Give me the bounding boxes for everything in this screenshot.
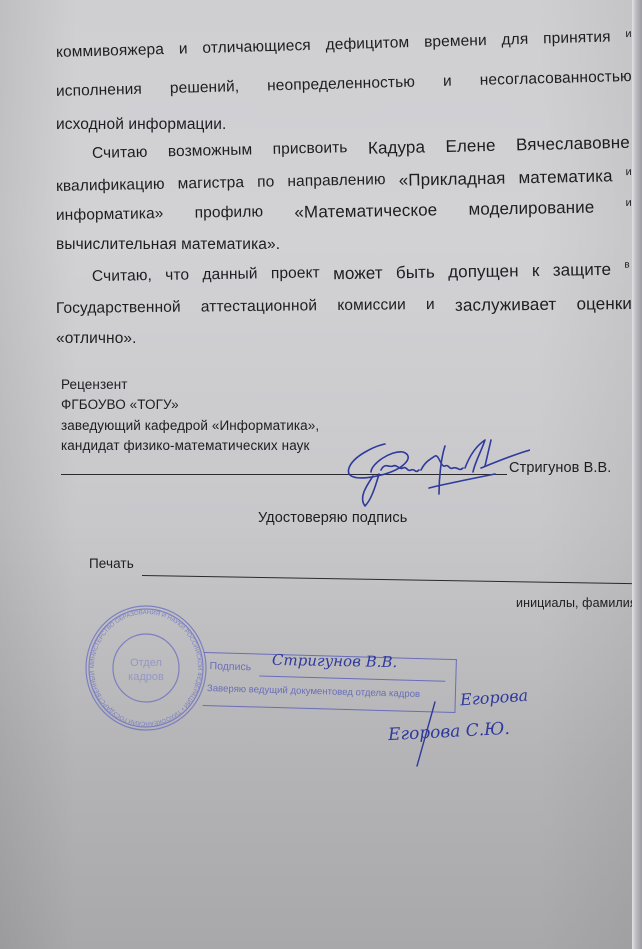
word: и <box>625 28 632 46</box>
initials-caption: инициалы, фамилия <box>516 596 637 610</box>
paragraph-2-line-2: квалификацию магистра по направлению «Пр… <box>56 166 632 198</box>
seal-label: Печать <box>89 556 134 571</box>
word: заслуживает <box>455 295 557 316</box>
word: направлению <box>287 171 386 193</box>
word: отличающиеся <box>202 37 311 58</box>
reviewer-position: заведующий кафедрой «Информатика», <box>61 418 319 433</box>
paragraph-1-line-1: коммивояжера и отличающиеся дефицитом вр… <box>56 28 632 62</box>
word: несогласованностью <box>480 68 632 90</box>
paragraph-3-line-2: Государственной аттестационной комиссии … <box>56 294 632 320</box>
word: и <box>443 73 452 91</box>
paragraph-2-line-1: Считаю возможным присвоить Кадура Елене … <box>92 133 630 165</box>
word: неопределенностью <box>267 74 415 96</box>
word: решений, <box>170 78 240 98</box>
word: коммивояжера <box>56 41 165 62</box>
word: защите <box>553 260 612 281</box>
word: Считаю, <box>92 267 152 288</box>
word: профилю <box>195 203 264 224</box>
word: комиссии <box>337 296 406 317</box>
word: и <box>179 40 188 58</box>
handwritten-certifier-signature: Егорова <box>459 686 528 710</box>
word: быть <box>396 263 435 284</box>
word: может <box>333 263 383 284</box>
paragraph-2-line-4: вычислительная математика». <box>56 236 280 254</box>
round-stamp: МИНИСТЕРСТВО ОБРАЗОВАНИЯ И НАУКИ РОССИЙС… <box>84 604 208 732</box>
word: Считаю <box>92 144 148 165</box>
word: квалификацию <box>56 176 165 198</box>
word: математика <box>518 166 613 188</box>
word: Елене <box>445 136 496 157</box>
word: Вячеславовне <box>516 133 630 156</box>
word: моделирование <box>468 198 594 220</box>
word: оценки <box>576 294 632 315</box>
stamp-center-text-2: кадров <box>128 671 164 683</box>
word: Кадура <box>368 137 426 158</box>
word: информатика» <box>56 205 164 227</box>
certification-title: Удостоверяю подпись <box>258 510 407 526</box>
reviewer-signature <box>345 428 530 513</box>
handwritten-reviewer-name: Стригунов В.В. <box>272 651 398 671</box>
word: принятия <box>543 29 611 49</box>
word: магистра <box>177 174 244 195</box>
word: «Математическое <box>294 200 437 222</box>
word: для <box>501 31 528 50</box>
word: и <box>426 296 435 316</box>
word: дефицитом <box>325 34 409 54</box>
word: возможным <box>168 141 253 163</box>
word: присвоить <box>272 139 347 161</box>
reviewer-organization: ФГБОУВО «ТОГУ» <box>61 397 179 412</box>
word: что <box>165 266 189 286</box>
reviewer-degree: кандидат физико-математических наук <box>61 438 310 453</box>
word: исполнения <box>56 81 142 101</box>
word: в <box>624 260 630 280</box>
reviewer-role: Рецензент <box>61 377 128 392</box>
paragraph-2-line-3: информатика» профилю «Математическое мод… <box>56 197 632 227</box>
certifier-signature-stroke <box>405 700 445 770</box>
paragraph-3-line-3: «отлично». <box>56 330 137 348</box>
page-edge <box>632 0 642 949</box>
word: проект <box>271 264 320 285</box>
word: по <box>257 173 275 193</box>
word: к <box>532 261 540 281</box>
word: «Прикладная <box>399 169 506 191</box>
stamp-signature-label: Подпись <box>209 660 251 673</box>
stamp-signature-line <box>259 676 445 682</box>
document-page: коммивояжера и отличающиеся дефицитом вр… <box>0 0 632 949</box>
word: аттестационной <box>201 297 317 318</box>
paragraph-1-line-3: исходной информации. <box>56 116 226 134</box>
stamp-certify-label: Заверяю ведущий документовед отдела кадр… <box>207 683 420 700</box>
word: времени <box>424 32 487 52</box>
paragraph-1-line-2: исполнения решений, неопределенностью и … <box>56 68 632 101</box>
seal-line <box>142 575 632 584</box>
paragraph-3-line-1: Считаю, что данный проект может быть доп… <box>92 260 630 288</box>
word: Государственной <box>56 299 181 320</box>
stamp-center-text-1: Отдел <box>130 657 162 669</box>
word: допущен <box>448 261 519 282</box>
word: данный <box>202 265 257 286</box>
